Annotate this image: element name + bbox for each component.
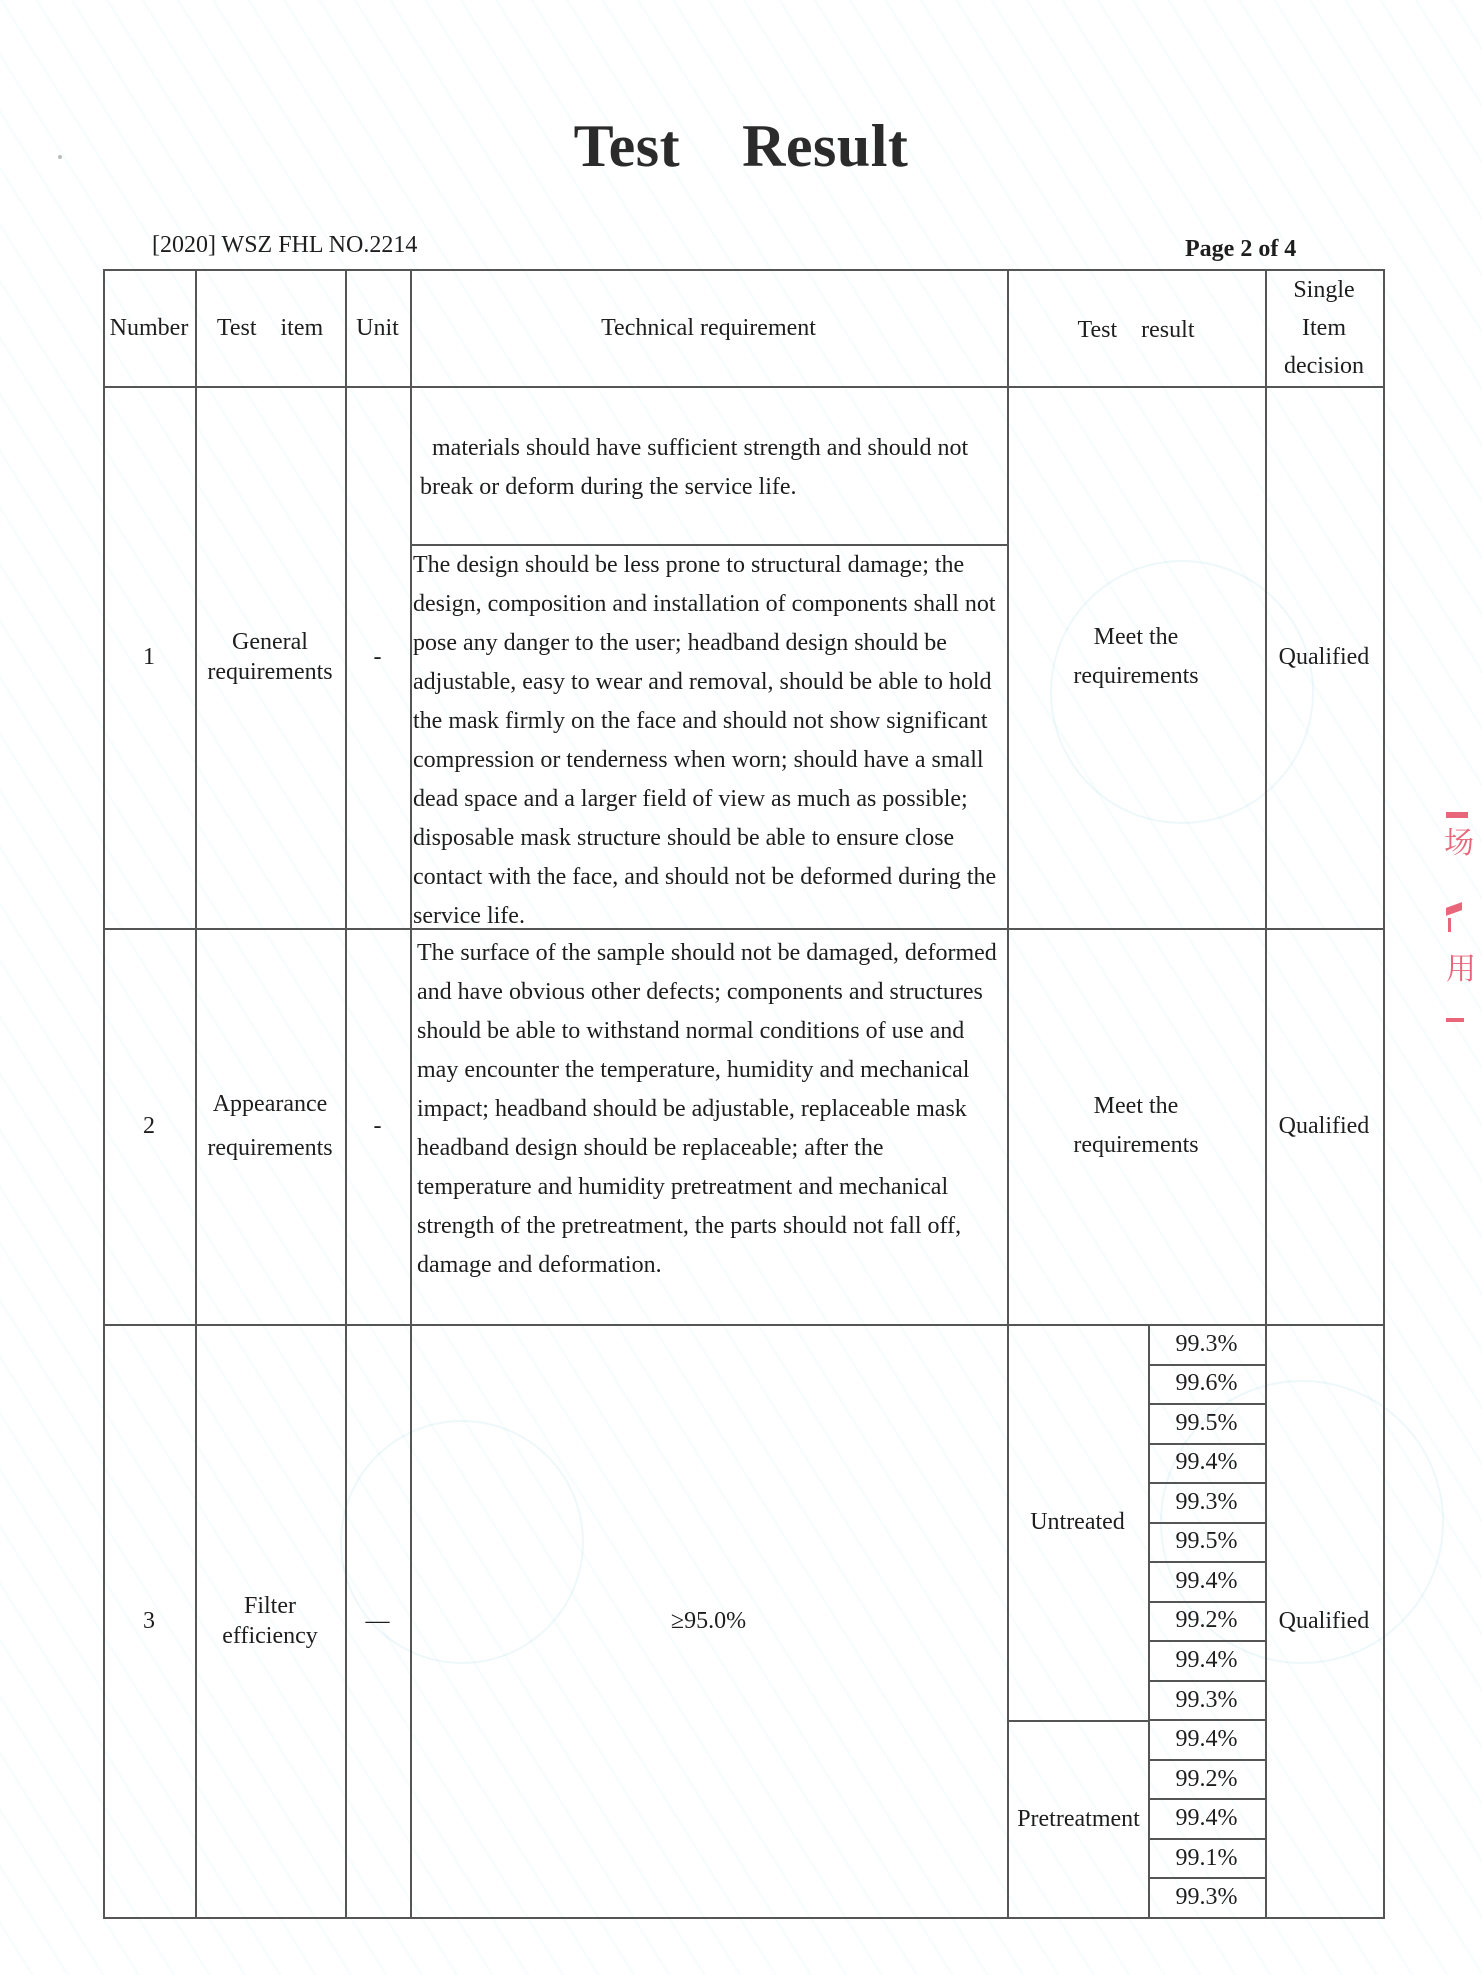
seal-glyph: 用 [1446,944,1476,988]
row-unit: - [345,928,410,1324]
page-indicator: Page 2 of 4 [1185,236,1296,263]
row-requirement-part1: materials should have sufficient strengt… [420,429,990,507]
header-decision-line1: Single [1293,271,1354,309]
table-border-bottom [103,1917,1383,1919]
row-requirement-part2: The design should be less prone to struc… [413,546,1005,936]
table-border-right [1383,269,1385,1919]
header-decision-line3: decision [1284,347,1364,385]
row-decision: Qualified [1265,1324,1383,1917]
row-number: 2 [103,928,195,1324]
efficiency-value: 99.3% [1148,1324,1265,1364]
row-unit: — [345,1324,410,1917]
efficiency-value: 99.4% [1148,1640,1265,1680]
seal-mark [1446,902,1462,916]
efficiency-value: 99.1% [1148,1838,1265,1878]
row-test-item: Appearance requirements [195,928,345,1324]
group-label-pretreatment: Pretreatment [1007,1720,1150,1917]
efficiency-value: 99.4% [1148,1443,1265,1483]
header-test-result: Test result [1007,272,1265,388]
row-number: 3 [103,1324,195,1917]
row-requirement: ≥95.0% [410,1324,1007,1917]
seal-mark [1446,1018,1464,1022]
row-test-item: Filter efficiency [195,1324,345,1917]
header-number: Number [103,270,195,386]
efficiency-value: 99.6% [1148,1364,1265,1404]
efficiency-value: 99.5% [1148,1522,1265,1562]
report-number: [2020] WSZ FHL NO.2214 [152,232,417,259]
efficiency-value: 99.3% [1148,1680,1265,1720]
header-decision-line2: Item [1302,309,1346,347]
efficiency-value: 99.3% [1148,1877,1265,1917]
row-test-result: Meet the requirements [1060,386,1212,928]
row-decision: Qualified [1265,386,1383,928]
efficiency-value: 99.3% [1148,1482,1265,1522]
efficiency-value: 99.2% [1148,1759,1265,1799]
efficiency-value: 99.5% [1148,1403,1265,1443]
row-test-result: Meet the requirements [1060,928,1212,1324]
header-test-item: Test item [195,270,345,386]
row-decision: Qualified [1265,928,1383,1324]
header-unit: Unit [345,270,410,386]
seal-glyph: 场 [1444,818,1474,862]
efficiency-value: 99.4% [1148,1719,1265,1759]
header-decision: Single Item decision [1265,270,1383,386]
header-technical-requirement: Technical requirement [410,270,1007,386]
efficiency-value: 99.2% [1148,1601,1265,1641]
row-unit: - [345,386,410,928]
efficiency-value: 99.4% [1148,1798,1265,1838]
row-number: 1 [103,386,195,928]
row-test-item: General requirements [195,386,345,928]
group-label-untreated: Untreated [1007,1324,1148,1720]
page-title: Test Result [0,112,1482,181]
seal-mark [1448,918,1451,932]
efficiency-value: 99.4% [1148,1561,1265,1601]
row-requirement: The surface of the sample should not be … [417,934,997,1285]
